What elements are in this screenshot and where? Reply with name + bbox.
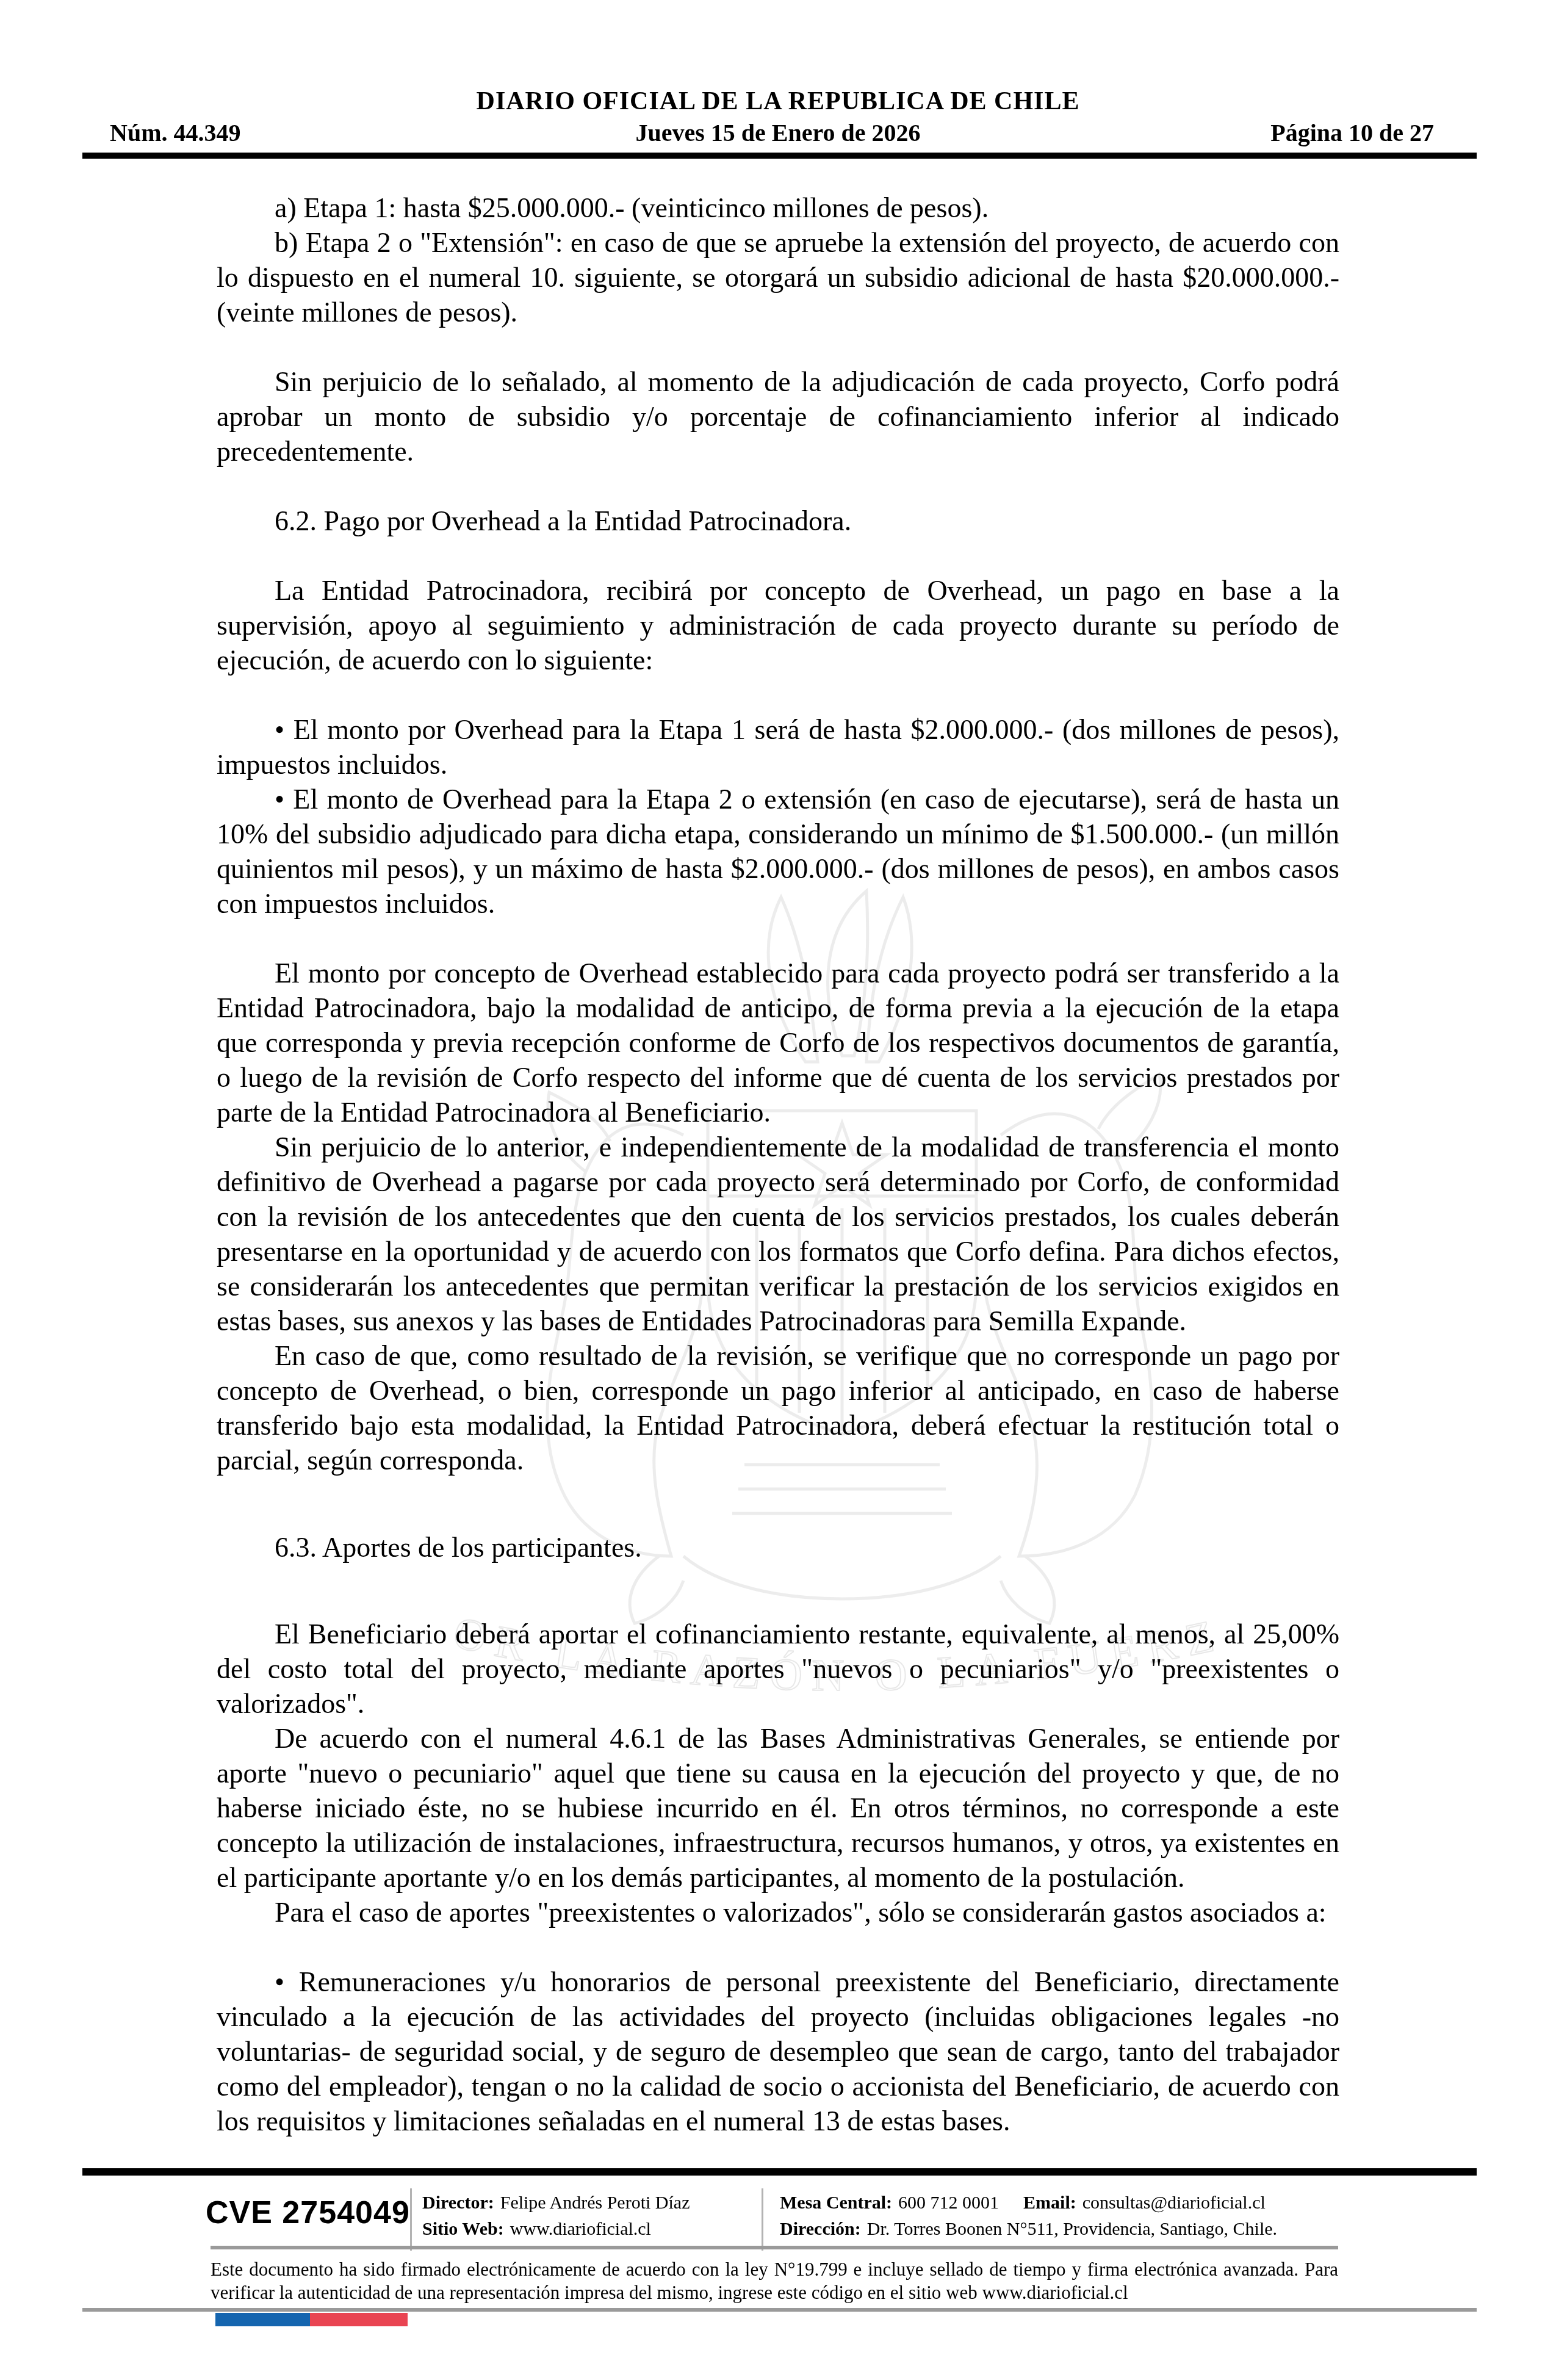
address-row: Dirección:Dr. Torres Boonen N°511, Provi… bbox=[780, 2216, 1277, 2242]
bullet-item: • El monto por Overhead para la Etapa 1 … bbox=[217, 712, 1339, 782]
body-paragraph: Sin perjuicio de lo señalado, al momento… bbox=[217, 364, 1339, 469]
body-paragraph: Para el caso de aportes "preexistentes o… bbox=[217, 1895, 1339, 1930]
header-rule bbox=[82, 153, 1477, 159]
legal-notice: Este documento ha sido firmado electróni… bbox=[211, 2258, 1338, 2304]
gazette-page: DIARIO OFICIAL DE LA REPUBLICA DE CHILE … bbox=[0, 0, 1556, 2380]
section-heading: 6.2. Pago por Overhead a la Entidad Patr… bbox=[217, 503, 1339, 538]
director-label: Director: bbox=[422, 2193, 494, 2213]
footer-divider bbox=[410, 2188, 412, 2251]
body-paragraph: De acuerdo con el numeral 4.6.1 de las B… bbox=[217, 1721, 1339, 1895]
address-value: Dr. Torres Boonen N°511, Providencia, Sa… bbox=[867, 2219, 1277, 2239]
section-heading: 6.3. Aportes de los participantes. bbox=[217, 1530, 1339, 1565]
email-value: consultas@diarioficial.cl bbox=[1082, 2193, 1266, 2213]
footer-rule bbox=[82, 2168, 1477, 2176]
blank-line bbox=[217, 921, 1339, 956]
cve-code: CVE 2754049 bbox=[206, 2194, 410, 2231]
blank-line bbox=[217, 677, 1339, 712]
phone-value: 600 712 0001 bbox=[898, 2193, 999, 2213]
blank-line bbox=[217, 330, 1339, 364]
footer-contact-column: Mesa Central:600 712 0001Email:consultas… bbox=[780, 2190, 1277, 2242]
footer-divider bbox=[762, 2188, 763, 2251]
chile-flag-red bbox=[310, 2313, 408, 2326]
website-label: Sitio Web: bbox=[422, 2219, 504, 2239]
bullet-item: • El monto de Overhead para la Etapa 2 o… bbox=[217, 782, 1339, 921]
legal-top-rule bbox=[211, 2246, 1338, 2249]
body-paragraph: a) Etapa 1: hasta $25.000.000.- (veintic… bbox=[217, 190, 1339, 225]
chile-flag-blue bbox=[215, 2313, 310, 2326]
phone-label: Mesa Central: bbox=[780, 2193, 892, 2213]
page-indicator: Página 10 de 27 bbox=[1270, 118, 1434, 147]
body-paragraph: El monto por concepto de Overhead establ… bbox=[217, 956, 1339, 1130]
body-paragraph: En caso de que, como resultado de la rev… bbox=[217, 1338, 1339, 1477]
chile-flag-mark bbox=[215, 2313, 408, 2326]
body-paragraph: La Entidad Patrocinadora, recibirá por c… bbox=[217, 573, 1339, 677]
bullet-item: • Remuneraciones y/u honorarios de perso… bbox=[217, 1964, 1339, 2138]
blank-line bbox=[217, 1930, 1339, 1964]
body-paragraph: b) Etapa 2 o "Extensión": en caso de que… bbox=[217, 225, 1339, 330]
blank-line bbox=[217, 469, 1339, 503]
legal-bottom-rule bbox=[82, 2308, 1477, 2312]
document-body: a) Etapa 1: hasta $25.000.000.- (veintic… bbox=[217, 190, 1339, 2138]
body-paragraph: Sin perjuicio de lo anterior, e independ… bbox=[217, 1130, 1339, 1338]
director-name: Felipe Andrés Peroti Díaz bbox=[500, 2193, 690, 2213]
footer-director-column: Director:Felipe Andrés Peroti Díaz Sitio… bbox=[422, 2190, 690, 2242]
phone-email-row: Mesa Central:600 712 0001Email:consultas… bbox=[780, 2190, 1277, 2216]
website-value: www.diarioficial.cl bbox=[510, 2219, 651, 2239]
email-label: Email: bbox=[1023, 2193, 1076, 2213]
publication-title: DIARIO OFICIAL DE LA REPUBLICA DE CHILE bbox=[0, 87, 1556, 116]
blank-line bbox=[217, 1565, 1339, 1617]
address-label: Dirección: bbox=[780, 2219, 861, 2239]
body-paragraph: El Beneficiario deberá aportar el cofina… bbox=[217, 1617, 1339, 1721]
director-row: Director:Felipe Andrés Peroti Díaz bbox=[422, 2190, 690, 2216]
website-row: Sitio Web:www.diarioficial.cl bbox=[422, 2216, 690, 2242]
blank-line bbox=[217, 538, 1339, 573]
blank-line bbox=[217, 1477, 1339, 1530]
